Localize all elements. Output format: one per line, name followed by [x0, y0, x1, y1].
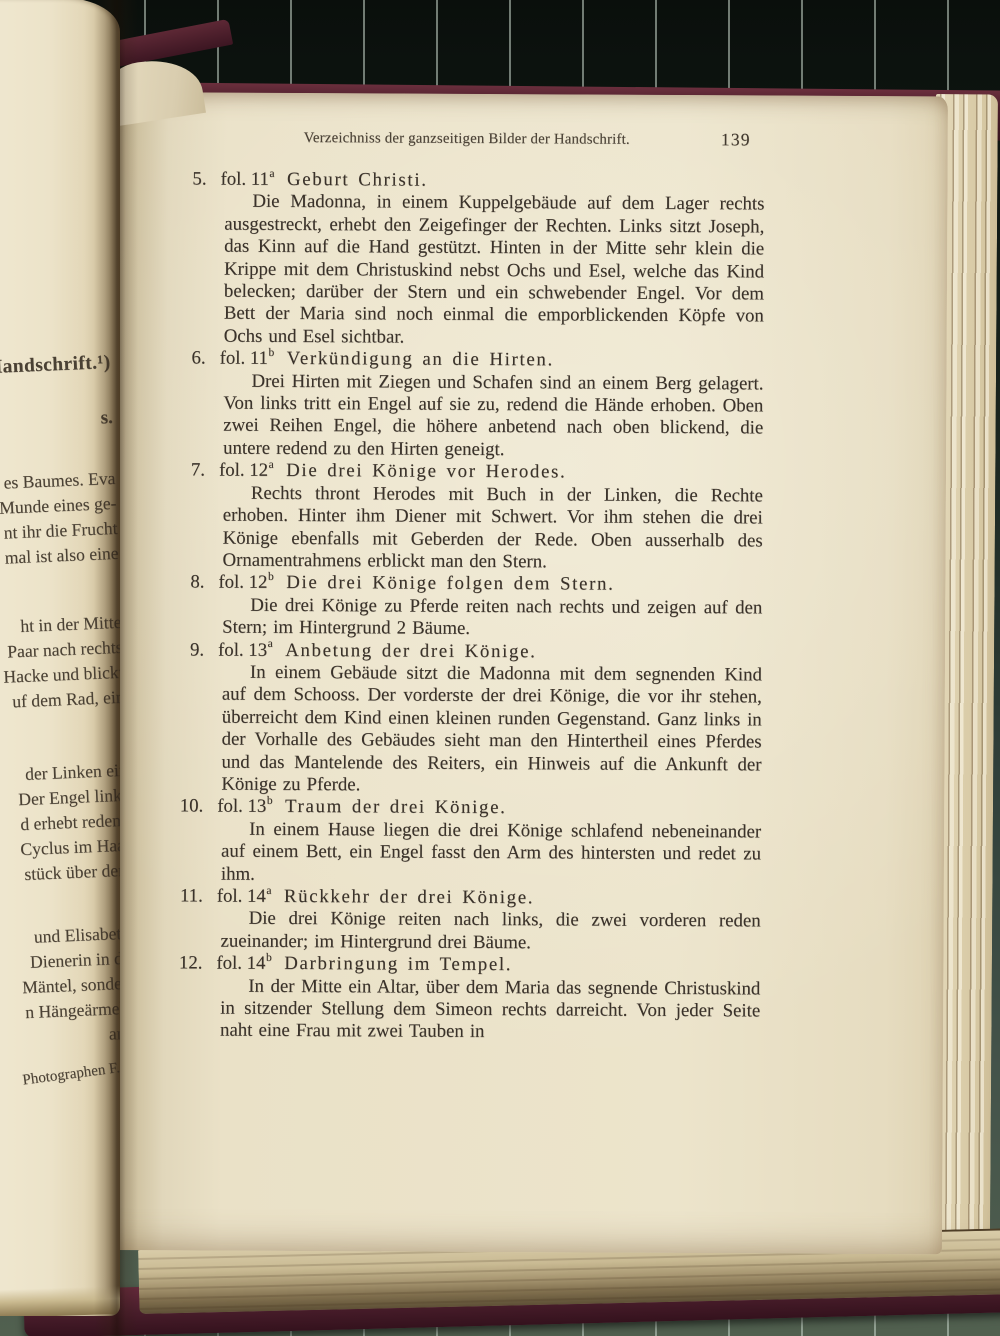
entry-body: In einem Hause liegen die drei Könige sc… [221, 818, 761, 888]
left-page: Handschrift.¹) s. es Baumes. Eva Munde e… [0, 0, 120, 1316]
entry-number: 11. [163, 885, 203, 908]
page-header: Verzeichniss der ganzseitigen Bilder der… [225, 127, 765, 152]
folio-superscript: b [266, 952, 272, 964]
entry: 5.fol. 11aGeburt Christi. Die Madonna, i… [224, 169, 765, 351]
entry-title: Rückkehr der drei Könige. [284, 886, 534, 908]
right-page: Verzeichniss der ganzseitigen Bilder der… [104, 92, 948, 1254]
entry-number: 9. [164, 639, 204, 662]
folio-label: fol. 14 [216, 953, 265, 974]
entry: 11.fol. 14aRückkehr der drei Könige. Die… [220, 886, 760, 956]
entry-heading: 6.fol. 11bVerkündigung an die Hirten. [224, 348, 764, 373]
entry: 10.fol. 13bTraum der drei Könige. In ein… [221, 796, 761, 888]
running-header: Verzeichniss der ganzseitigen Bilder der… [225, 127, 765, 152]
folio-superscript: a [266, 885, 271, 897]
entry-body: Die drei Könige zu Pferde reiten nach re… [222, 594, 762, 642]
entry: 8.fol. 12bDie drei Könige folgen dem Ste… [222, 572, 762, 642]
left-page-footnote-fragment: Photographen F. H. [0, 1053, 120, 1109]
entry-heading: 8.fol. 12bDie drei Könige folgen dem Ste… [222, 572, 762, 597]
entry: 7.fol. 12aDie drei Könige vor Herodes. R… [222, 460, 763, 575]
entry-number: 12. [162, 953, 202, 976]
left-page-fragment: and. [0, 1020, 120, 1055]
left-page-fragment: s. [0, 405, 113, 440]
entry-body: Drei Hirten mit Ziegen und Schafen sind … [223, 370, 763, 462]
folio-label: fol. 11 [220, 169, 268, 190]
folio-superscript: a [268, 638, 273, 650]
folio-label: fol. 11 [220, 348, 268, 369]
entry: 9.fol. 13aAnbetung der drei Könige. In e… [221, 639, 762, 799]
entry-heading: 7.fol. 12aDie drei Könige vor Herodes. [223, 460, 763, 485]
entry-number: 8. [164, 572, 204, 595]
entry-title: Darbringung im Tempel. [284, 953, 512, 975]
folio-superscript: a [269, 459, 274, 471]
entry-number: 5. [166, 168, 206, 191]
entry-number: 10. [163, 796, 203, 819]
page-number: 139 [721, 128, 751, 151]
striped-cloth-background: Verzeichniss der ganzseitigen Bilder der… [0, 0, 1000, 1336]
left-page-fragment: Handschrift.¹) [0, 350, 111, 385]
entry: 12.fol. 14bDarbringung im Tempel. In der… [220, 953, 760, 1045]
left-page-fragment: mal ist also eine [0, 541, 119, 576]
folio-label: fol. 12 [219, 460, 268, 481]
left-page-fragment: stück über dem [0, 858, 120, 893]
entry-body: In einem Gebäude sitzt die Madonna mit d… [221, 662, 762, 799]
entry-body: Die Madonna, in einem Kuppelgebäude auf … [224, 191, 765, 351]
entry-title: Anbetung der drei Könige. [285, 639, 536, 661]
left-page-fragment: uf dem Rad, ein [0, 685, 120, 720]
entry-title: Die drei Könige folgen dem Stern. [286, 572, 614, 595]
folio-label: fol. 12 [218, 572, 267, 593]
entry-list: 5.fol. 11aGeburt Christi. Die Madonna, i… [220, 169, 765, 1046]
folio-label: fol. 13 [218, 639, 267, 660]
entry-title: Die drei Könige vor Herodes. [286, 460, 566, 482]
entry-heading: 12.fol. 14bDarbringung im Tempel. [220, 953, 760, 978]
folio-superscript: a [269, 168, 274, 180]
entry: 6.fol. 11bVerkündigung an die Hirten. Dr… [223, 348, 764, 463]
folio-superscript: b [267, 795, 273, 807]
page-content: Verzeichniss der ganzseitigen Bilder der… [220, 127, 765, 1046]
entry-body: In der Mitte ein Altar, über dem Maria d… [220, 975, 760, 1045]
entry-title: Traum der drei Könige. [285, 796, 507, 818]
entry-number: 7. [165, 460, 205, 483]
entry-heading: 10.fol. 13bTraum der drei Könige. [221, 796, 761, 821]
entry-heading: 9.fol. 13aAnbetung der drei Könige. [222, 639, 762, 664]
folio-label: fol. 13 [217, 796, 266, 817]
entry-title: Geburt Christi. [287, 169, 428, 191]
entry-heading: 5.fol. 11aGeburt Christi. [224, 169, 764, 194]
entry-heading: 11.fol. 14aRückkehr der drei Könige. [221, 886, 761, 911]
left-page-text-fragments: Handschrift.¹) s. es Baumes. Eva Munde e… [0, 350, 120, 1088]
entry-body: Rechts thront Herodes mit Buch in der Li… [222, 482, 762, 574]
folio-label: fol. 14 [217, 886, 266, 907]
entry-title: Verkündigung an die Hirten. [287, 348, 554, 370]
folio-superscript: b [268, 347, 274, 359]
folio-superscript: b [268, 571, 274, 583]
entry-body: Die drei Könige reiten nach links, die z… [220, 908, 760, 956]
entry-number: 6. [166, 348, 206, 371]
